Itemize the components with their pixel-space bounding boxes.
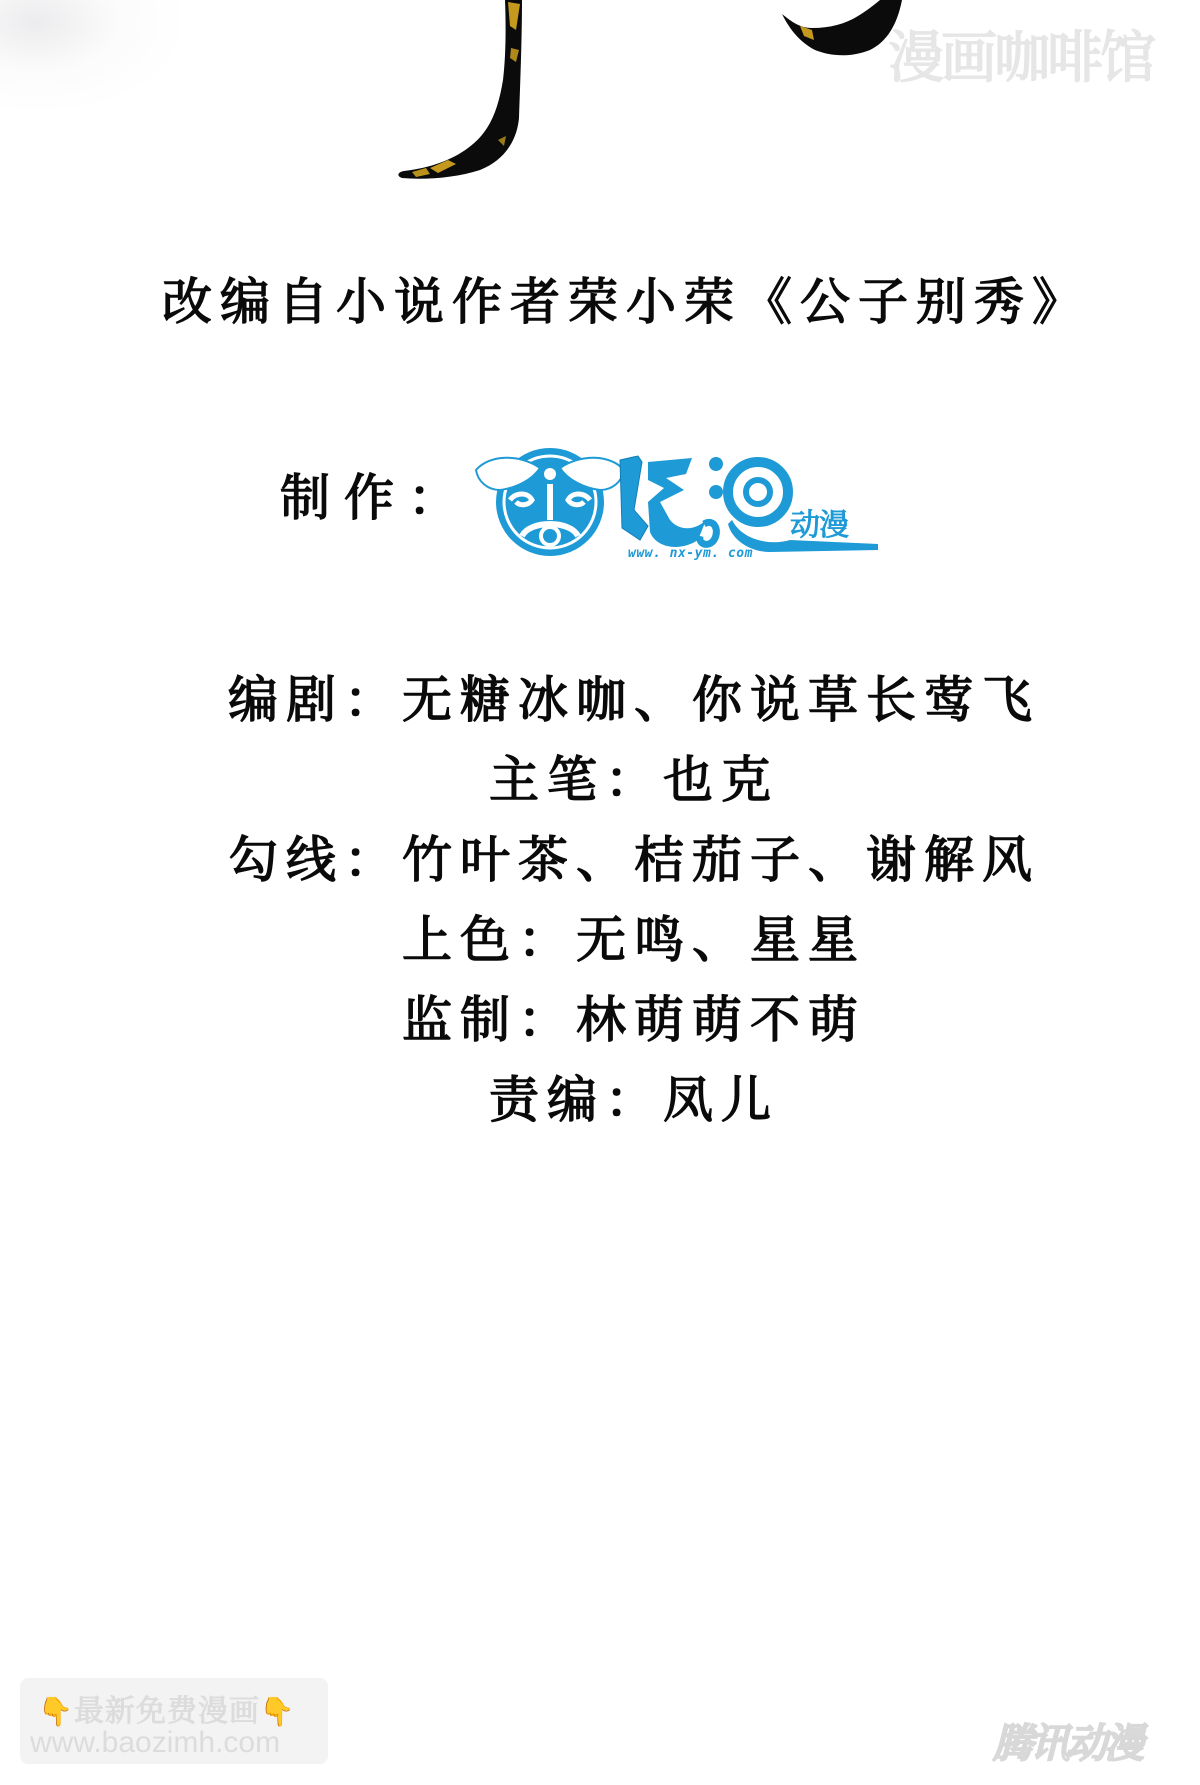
credit-names: 也克 (663, 751, 779, 809)
credit-names: 林萌萌不萌 (576, 991, 866, 1049)
credit-role: 编剧： (228, 671, 402, 729)
watermark-free-manga-text: 最新免费漫画 (74, 1694, 260, 1729)
brush-stroke-right (782, 0, 902, 55)
credit-names: 无糖冰咖、你说草长莺飞 (402, 671, 1040, 729)
credit-names: 无鸣、星星 (576, 911, 866, 969)
logo-emblem (476, 448, 624, 556)
brush-stroke-left (398, 0, 522, 179)
watermark-baozimh: 👇最新免费漫画👇 www.baozimh.com (20, 1678, 328, 1764)
watermark-tencent-comics: 腾讯动漫 (993, 1712, 1141, 1769)
credit-line-supervisor: 监制：林萌萌不萌 (0, 990, 1200, 1050)
pointing-down-hand-icon: 👇 (260, 1695, 296, 1728)
adaptation-title: 改编自小说作者荣小荣《公子别秀》 (0, 272, 1200, 332)
logo-url: www. nx-ym. com (628, 546, 753, 561)
watermark-manhua-cafe: 漫画咖啡馆 (888, 14, 1153, 94)
credit-names: 凤儿 (663, 1071, 779, 1129)
credit-line-lineart: 勾线：竹叶茶、桔茄子、谢解风 (0, 830, 1200, 890)
logo-subtitle-donghua: 动漫 (790, 500, 848, 544)
credit-line-lead-artist: 主笔：也克 (0, 750, 1200, 810)
pointing-down-hand-icon: 👇 (38, 1695, 74, 1728)
credit-role: 监制： (402, 991, 576, 1049)
credit-line-coloring: 上色：无鸣、星星 (0, 910, 1200, 970)
credit-names: 竹叶茶、桔茄子、谢解风 (402, 831, 1040, 889)
credit-role: 责编： (489, 1071, 663, 1129)
credit-role: 主笔： (489, 751, 663, 809)
credit-role: 上色： (402, 911, 576, 969)
credit-line-screenwriter: 编剧：无糖冰咖、你说草长莺飞 (0, 670, 1200, 730)
watermark-url: www.baozimh.com (30, 1726, 280, 1760)
credit-line-editor: 责编：凤儿 (0, 1070, 1200, 1130)
credit-role: 勾线： (228, 831, 402, 889)
producer-label: 制作： (280, 468, 472, 528)
